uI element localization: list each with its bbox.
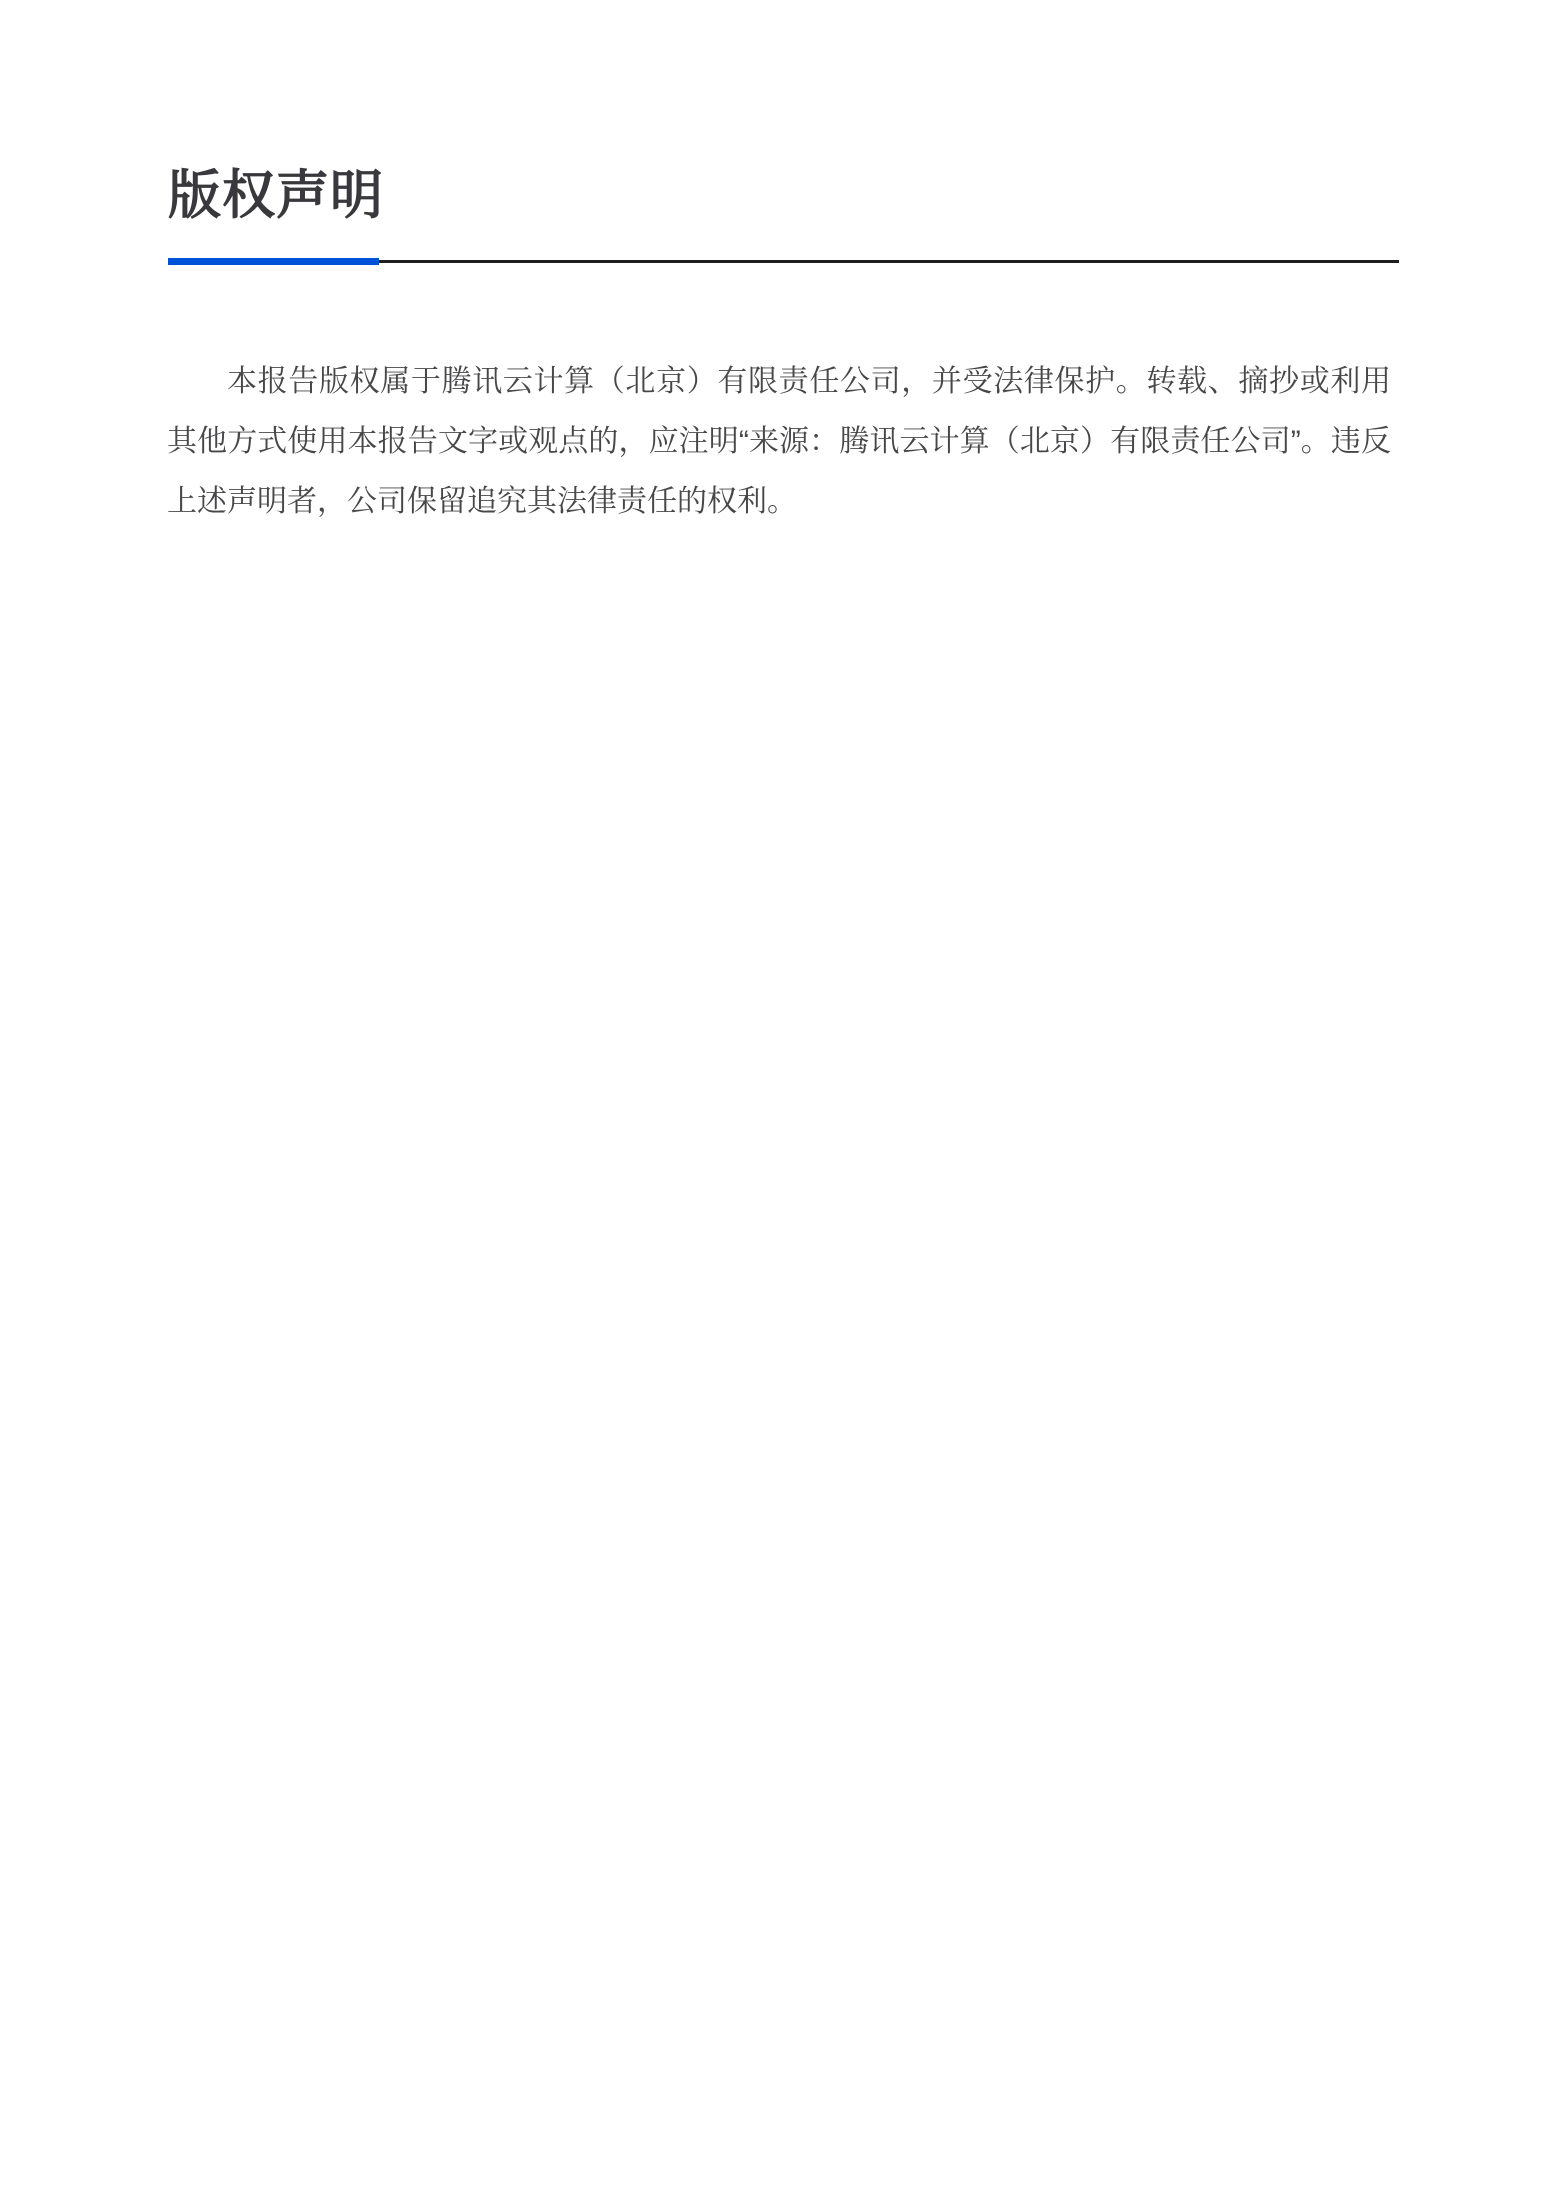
- page-title: 版权声明: [168, 166, 384, 226]
- title-underline-rule: [168, 255, 1399, 267]
- title-underline-accent-segment: [168, 258, 379, 265]
- document-page: 版权声明 本报告版权属于腾讯云计算（北京）有限责任公司，并受法律保护。转载、摘抄…: [0, 0, 1565, 2200]
- copyright-paragraph: 本报告版权属于腾讯云计算（北京）有限责任公司，并受法律保护。转载、摘抄或利用其他…: [167, 352, 1391, 532]
- title-underline-line: [379, 260, 1399, 263]
